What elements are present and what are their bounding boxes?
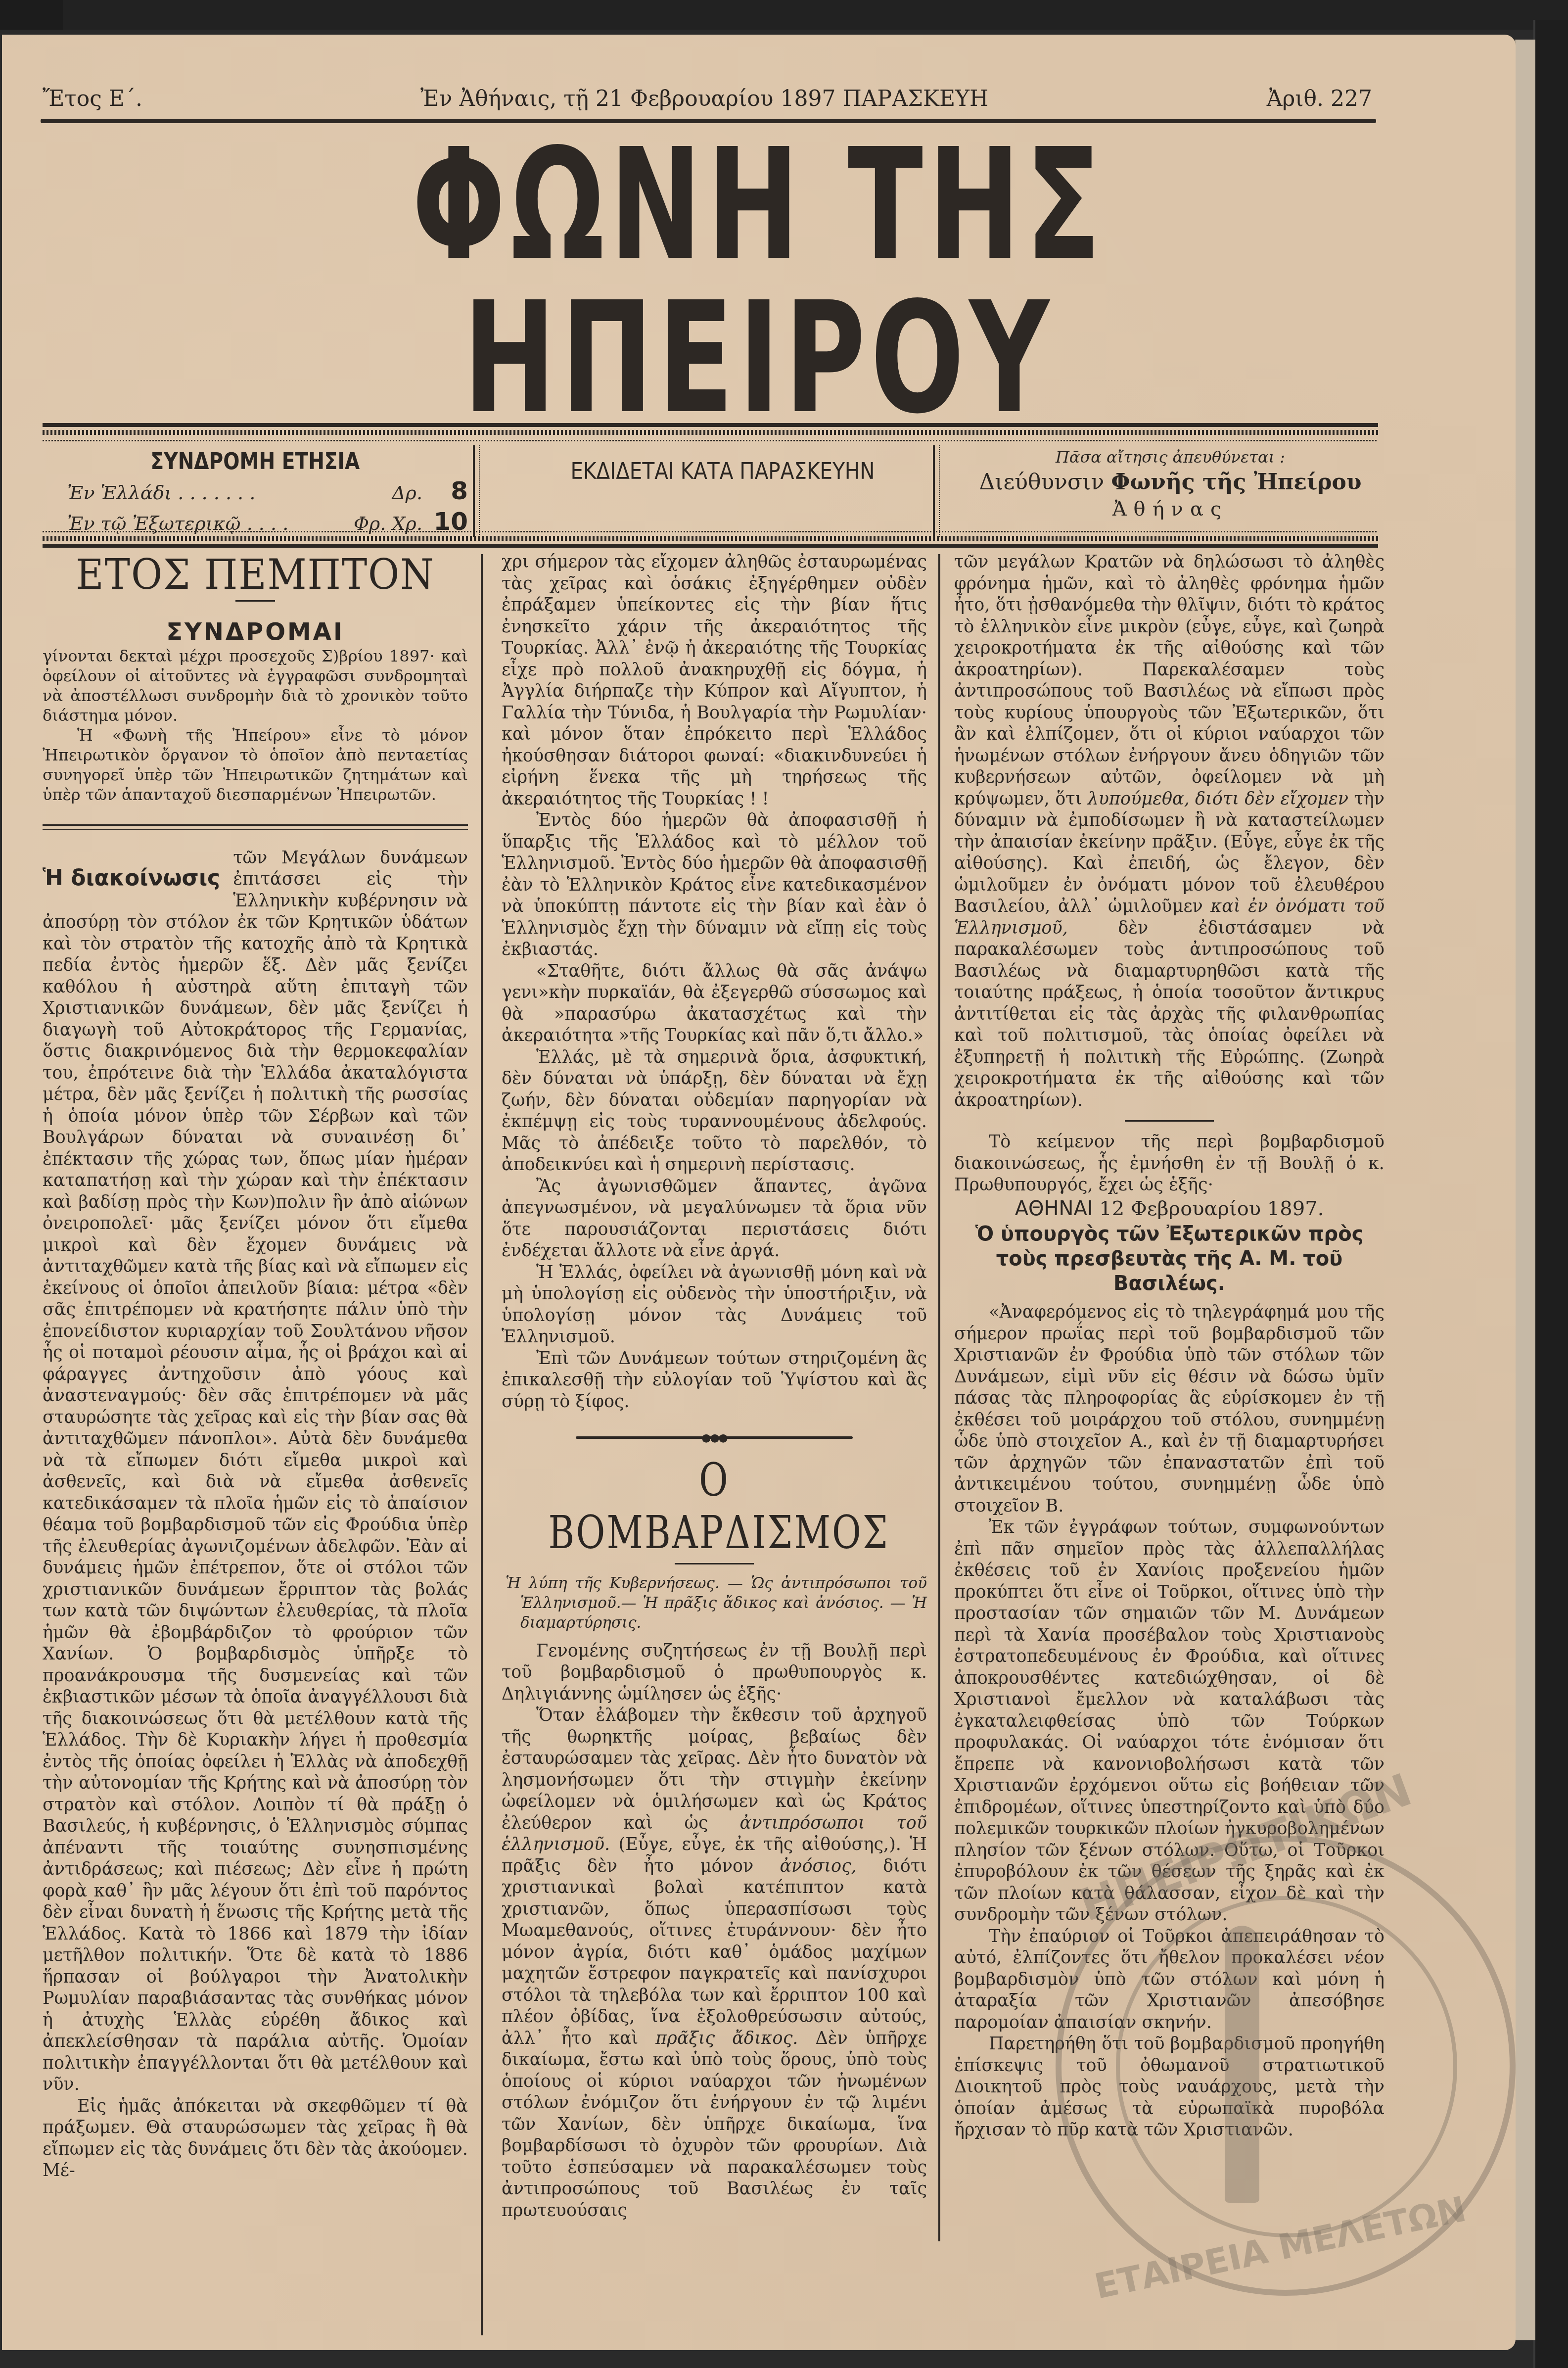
address-name: Φωνῆς τῆς Ἠπείρου — [1111, 470, 1361, 495]
title-underline — [235, 600, 275, 602]
date-place: Ἐν Ἀθήναις, τῇ 21 Φεβρουαρίου 1897 ΠΑΡΑΣ… — [420, 86, 988, 111]
dispatch-paragraph: «Ἀναφερόμενος εἰς τὸ τηλεγράφημά μου τῆς… — [954, 1302, 1384, 1517]
dispatch-paragraph: Παρετηρήθη ὅτι τοῦ βομβαρδισμοῦ προηγήθη… — [954, 2034, 1384, 2141]
article-paragraph: Ἐντὸς δύο ἡμερῶν θὰ ἀποφασισθῇ ἡ ὕπαρξις… — [502, 810, 927, 961]
section-rule — [43, 824, 468, 830]
masthead-title: ΦΩΝΗ ΤΗΣ ΗΠΕΙΡΟΥ — [214, 129, 1303, 435]
box-dots-bottom — [43, 531, 1378, 532]
article-quote: «Σταθῆτε, διότι ἄλλως θὰ σᾶς ἀνάψω γενι»… — [502, 961, 927, 1047]
column-2: χρι σήμερον τὰς εἴχομεν ἀληθῶς ἐσταυρωμέ… — [502, 552, 927, 2222]
article-paragraph: χρι σήμερον τὰς εἴχομεν ἀληθῶς ἐσταυρωμέ… — [502, 552, 927, 810]
stamp-text-bottom: ΕΤΑΙΡΕΙΑ ΜΕΛΕΤΩΝ — [1091, 2188, 1470, 2307]
ornament-divider — [576, 1430, 853, 1444]
bombardment-summary: Ἡ λύπη τῆς Κυβερνήσεως. — Ὡς ἀντιπρόσωπο… — [502, 1573, 927, 1633]
subscription-row-greece: Ἐν Ἑλλάδι . . . . . . . Δρ. 8 — [67, 476, 468, 505]
article-paragraph: Γενομένης συζητήσεως ἐν τῇ Βουλῇ περὶ το… — [502, 1641, 927, 1705]
subscriptions-paragraph: γίνονται δεκταὶ μέχρι προσεχοῦς Σ)βρίου … — [43, 646, 468, 725]
article-paragraph: τῶν Μεγάλων δυνάμεων ἐπιτάσσει εἰς τὴν Ἑ… — [43, 848, 468, 2096]
article-paragraph: Ἡ Ἑλλάς, ὀφείλει νὰ ἀγωνισθῇ μόνη καὶ νὰ… — [502, 1262, 927, 1348]
emphasis: πρᾶξις ἄδικος. — [655, 2029, 798, 2048]
subscriptions-paragraph: Ἡ «Φωνὴ τῆς Ἠπείρου» εἶνε τὸ μόνον Ἠπειρ… — [43, 725, 468, 805]
column-rule — [481, 554, 483, 2335]
column-rule — [938, 554, 940, 2241]
text-run: δὲν ἐδιστάσαμεν νὰ παρακαλέσωμεν τοὺς ἀν… — [954, 918, 1384, 1110]
article-paragraph: Τὸ κείμενον τῆς περὶ βομβαρδισμοῦ διακοι… — [954, 1132, 1384, 1196]
subscription-annual: ΣΥΝΔΡΟΜΗ ΕΤΗΣΙΑ Ἐν Ἑλλάδι . . . . . . . … — [43, 433, 468, 532]
article-paragraph: Ἑλλάς, μὲ τὰ σημερινὰ ὅρια, ἀσφυκτική, δ… — [502, 1047, 927, 1176]
box-rule-top — [43, 423, 1378, 427]
address-intro: Πᾶσα αἴτησις ἀπευθύνεται : — [953, 448, 1388, 467]
box-rule-bottom — [43, 544, 1378, 548]
box-divider — [933, 445, 940, 537]
dispatch-city: ΑΘΗΝΑΙ — [1015, 1197, 1093, 1220]
box-divider — [473, 445, 480, 537]
address-block: Πᾶσα αἴτησις ἀπευθύνεται : Διεύθυνσιν Φω… — [953, 448, 1388, 521]
speech-paragraph: τῶν μεγάλων Κρατῶν νὰ δηλώσωσι τὸ ἀληθὲς… — [954, 552, 1384, 1111]
address-line: Διεύθυνσιν Φωνῆς τῆς Ἠπείρου — [953, 470, 1388, 495]
speech-paragraph: Ὅταν ἐλάβομεν τὴν ἔκθεσιν τοῦ ἀρχηγοῦ τῆ… — [502, 1705, 927, 2222]
address-city: Ἀθήνας — [953, 498, 1388, 521]
emphasis: ἀνόσιος, — [780, 1856, 856, 1876]
issue-number: Ἀριθ. 227 — [1267, 86, 1372, 111]
scanner-background — [0, 0, 1568, 30]
article-paragraph: Ἂς ἀγωνισθῶμεν ἅπαντες, ἀγῶνα ἀπεγνωσμέν… — [502, 1176, 927, 1262]
column-3: τῶν μεγάλων Κρατῶν νὰ δηλώσωσι τὸ ἀληθὲς… — [954, 552, 1384, 2141]
newspaper-page: Ἔτος Ε΄. Ἐν Ἀθήναις, τῇ 21 Φεβρουαρίου 1… — [2, 35, 1516, 2350]
page-stack-edge — [1515, 40, 1535, 2340]
subscription-title: ΣΥΝΔΡΟΜΗ ΕΤΗΣΙΑ — [75, 448, 436, 474]
title-underline — [675, 1563, 754, 1564]
dispatch-date: 12 Φεβρουαρίου 1897. — [1099, 1197, 1324, 1220]
row-amount: 8 — [433, 476, 468, 505]
book-cover-edge — [1533, 20, 1568, 2368]
year-label: Ἔτος Ε΄. — [43, 86, 142, 111]
text-run: διότι χριστιανικαὶ βολαὶ κατέπιπτον κατὰ… — [502, 1856, 927, 2048]
article-run-in-head: Ἡ διακοίνωσις — [43, 848, 220, 912]
editorial-title: ΕΤΟΣ ΠΕΜΠΤΟΝ — [59, 552, 451, 597]
bombardment-title: Ο ΒΟΜΒΑΡΔΙΣΜΟΣ — [549, 1454, 880, 1559]
dateline: Ἔτος Ε΄. Ἐν Ἀθήναις, τῇ 21 Φεβρουαρίου 1… — [43, 81, 1372, 116]
address-prefix: Διεύθυνσιν — [979, 470, 1105, 495]
emphasis: λυπούμεθα, διότι δὲν εἴχομεν — [1088, 789, 1349, 809]
subscription-box: ΣΥΝΔΡΟΜΗ ΕΤΗΣΙΑ Ἐν Ἑλλάδι . . . . . . . … — [43, 423, 1393, 547]
subscriptions-heading: ΣΥΝΔΡΟΜΑΙ — [43, 621, 468, 643]
publication-frequency: ΕΚΔΙΔΕΤΑΙ ΚΑΤΑ ΠΑΡΑΣΚΕΥΗΝ — [511, 458, 934, 484]
row-currency: Δρ. — [363, 482, 422, 504]
article-paragraph: Εἰς ἡμᾶς ἀπόκειται νὰ σκεφθῶμεν τί θὰ πρ… — [43, 2096, 468, 2182]
column-1: ΕΤΟΣ ΠΕΜΠΤΟΝ ΣΥΝΔΡΟΜΑΙ γίνονται δεκταὶ μ… — [43, 552, 468, 2182]
dispatch-heading: Ὁ ὑπουργὸς τῶν Ἐξωτερικῶν πρὸς τοὺς πρεσ… — [954, 1222, 1384, 1296]
box-zigzag-bottom — [43, 536, 1378, 541]
text-run: Δὲν ὑπῆρχε δικαίωμα, ἔστω καὶ ὑπὸ τοὺς ὅ… — [502, 2029, 927, 2221]
text-run: τῶν μεγάλων Κρατῶν νὰ δηλώσωσι τὸ ἀληθὲς… — [954, 552, 1384, 809]
dispatch-paragraph: Τὴν ἐπαύριον οἱ Τοῦρκοι ἀπεπειράθησαν τὸ… — [954, 1926, 1384, 2034]
section-rule — [1125, 1120, 1214, 1122]
article-paragraph: Ἐπὶ τῶν Δυνάμεων τούτων στηριζομένη ἂς ἐ… — [502, 1348, 927, 1413]
row-label: Ἐν Ἑλλάδι . . . . . . . — [67, 482, 363, 504]
dispatch-paragraph: Ἐκ τῶν ἐγγράφων τούτων, συμφωνούντων ἐπὶ… — [954, 1517, 1384, 1926]
dispatch-dateline: ΑΘΗΝΑΙ 12 Φεβρουαρίου 1897. — [954, 1198, 1384, 1220]
binding-strip — [0, 0, 63, 30]
